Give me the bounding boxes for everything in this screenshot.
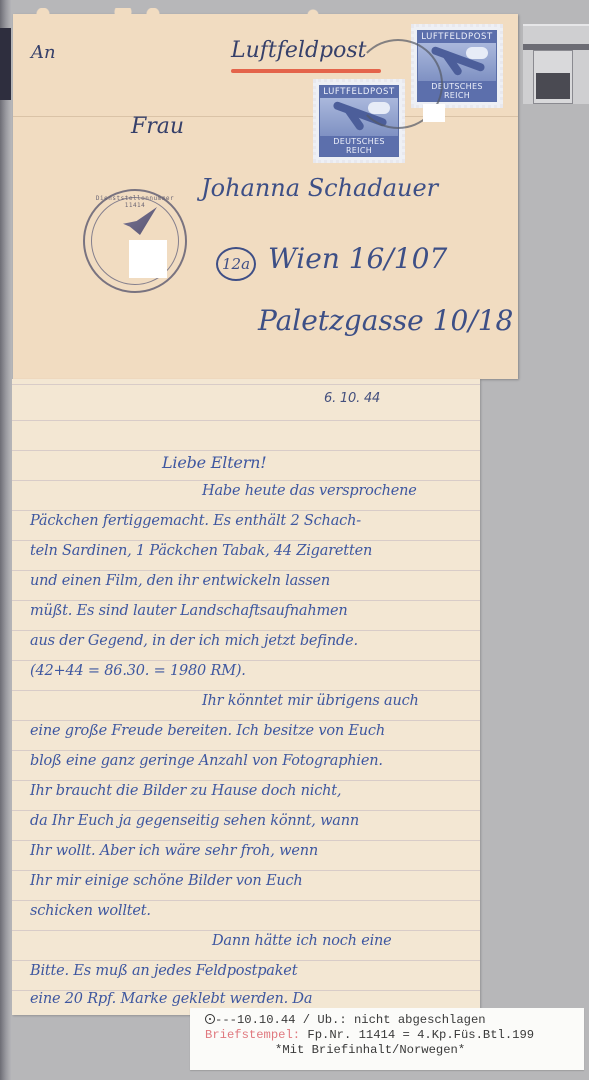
catalog-label: ---10.10.44 / Ub.: nicht abgeschlagen Br… xyxy=(190,1008,584,1070)
redaction-box xyxy=(423,104,445,122)
letter-line: Habe heute das versprochene xyxy=(202,483,417,499)
letter-line: teln Sardinen, 1 Päckchen Tabak, 44 Ziga… xyxy=(30,543,372,559)
letter-line: Ihr braucht die Bilder zu Hause doch nic… xyxy=(30,783,341,799)
letter-line: aus der Gegend, in der ich mich jetzt be… xyxy=(30,633,358,649)
letter-line: (42+44 = 86.30. = 1980 RM). xyxy=(30,663,246,679)
stamp-top-text: LUFTFELDPOST xyxy=(418,31,496,43)
label-line-1: ---10.10.44 / Ub.: nicht abgeschlagen xyxy=(205,1013,584,1028)
letter-line: schicken wolltet. xyxy=(30,903,151,919)
service-marking: Luftfeldpost xyxy=(231,38,367,63)
letter-greeting: Liebe Eltern! xyxy=(162,453,267,472)
postmark-symbol-icon xyxy=(205,1014,215,1024)
redaction-box xyxy=(129,240,167,278)
unit-stamp-text: Dienststellennummer 11414 xyxy=(85,195,185,209)
scanner-edge-dark xyxy=(0,28,11,100)
letter-line: Ihr mir einige schöne Bilder von Euch xyxy=(30,873,303,889)
letter-line: und einen Film, den ihr entwickeln lasse… xyxy=(30,573,330,589)
recipient-city: Wien 16/107 xyxy=(268,242,447,275)
letter-line: eine große Freude bereiten. Ich besitze … xyxy=(30,723,385,739)
recipient-street: Paletzgasse 10/18 xyxy=(258,304,513,337)
label-fp-number: Fp.Nr. 11414 = 4.Kp.Füs.Btl.199 xyxy=(300,1028,534,1042)
letter-line: bloß eine ganz geringe Anzahl von Fotogr… xyxy=(30,753,383,769)
letter-line: müßt. Es sind lauter Landschaftsaufnahme… xyxy=(30,603,348,619)
letter-line: Päckchen fertiggemacht. Es enthält 2 Sch… xyxy=(30,513,361,529)
letter-line: Ihr könntet mir übrigens auch xyxy=(202,693,419,709)
scanner-edge xyxy=(0,0,11,1080)
label-briefstempel: Briefstempel: xyxy=(205,1028,300,1042)
label-line-2: Briefstempel: Fp.Nr. 11414 = 4.Kp.Füs.Bt… xyxy=(205,1028,584,1043)
mounting-clip xyxy=(523,24,589,104)
stamp-bottom-text: DEUTSCHES REICH xyxy=(320,136,398,156)
cloud-icon xyxy=(466,47,488,59)
letter-line: Dann hätte ich noch eine xyxy=(212,933,392,949)
recipient-name: Johanna Schadauer xyxy=(201,174,438,202)
label-line-1-text: ---10.10.44 / Ub.: nicht abgeschlagen xyxy=(215,1013,486,1027)
to-prefix: An xyxy=(31,42,56,63)
letter-date: 6. 10. 44 xyxy=(324,391,380,406)
salutation: Frau xyxy=(131,114,184,139)
mount-slot xyxy=(533,50,573,104)
letter-line: eine 20 Rpf. Marke geklebt werden. Da xyxy=(30,991,312,1007)
torn-edge xyxy=(13,8,518,18)
letter-line: da Ihr Euch ja gegenseitig sehen könnt, … xyxy=(30,813,359,829)
letter-line: Ihr wollt. Aber ich wäre sehr froh, wenn xyxy=(30,843,318,859)
letter-line: Bitte. Es muß an jedes Feldpostpaket xyxy=(30,963,297,979)
envelope: An Luftfeldpost Frau LUFTFELDPOST DEUTSC… xyxy=(13,14,518,379)
letter-page: 6. 10. 44 Liebe Eltern! Habe heute das v… xyxy=(12,379,480,1015)
mount-slot-inner xyxy=(536,73,570,99)
postal-district-badge: 12a xyxy=(216,247,256,281)
label-line-3: *Mit Briefinhalt/Norwegen* xyxy=(205,1043,584,1058)
